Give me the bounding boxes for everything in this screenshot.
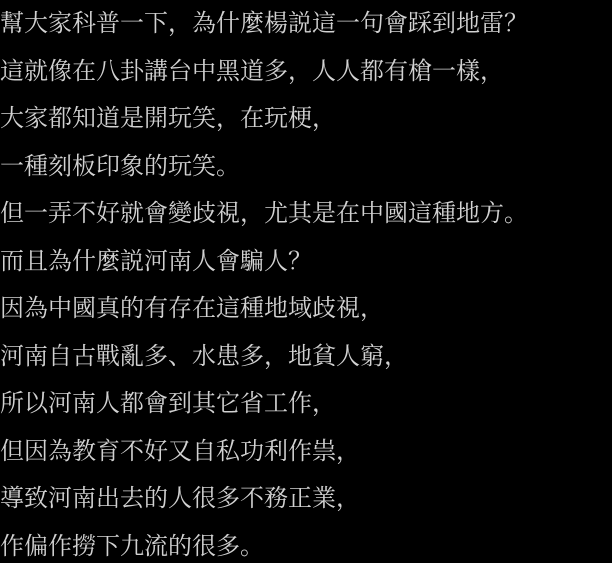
text-line-12: 作偏作撈下九流的很多。 xyxy=(0,524,612,563)
text-line-4: 一種刻板印象的玩笑。 xyxy=(0,144,612,192)
text-line-6: 而且為什麼説河南人會騙人？ xyxy=(0,239,612,287)
text-line-7: 因為中國真的有存在這種地域歧視， xyxy=(0,286,612,334)
text-line-5: 但一弄不好就會變歧視，尤其是在中國這種地方。 xyxy=(0,191,612,239)
text-line-9: 所以河南人都會到其它省工作， xyxy=(0,381,612,429)
text-line-3: 大家都知道是開玩笑，在玩梗， xyxy=(0,96,612,144)
text-line-10: 但因為教育不好又自私功利作祟， xyxy=(0,429,612,477)
text-line-1: 幫大家科普一下，為什麼楊説這一句會踩到地雷？ xyxy=(0,1,612,49)
text-block: 幫大家科普一下，為什麼楊説這一句會踩到地雷？ 這就像在八卦講台中黑道多，人人都有… xyxy=(0,1,612,563)
text-screenshot-page: 幫大家科普一下，為什麼楊説這一句會踩到地雷？ 這就像在八卦講台中黑道多，人人都有… xyxy=(0,0,612,563)
text-line-2: 這就像在八卦講台中黑道多，人人都有槍一樣， xyxy=(0,49,612,97)
text-line-11: 導致河南出去的人很多不務正業， xyxy=(0,476,612,524)
text-line-8: 河南自古戰亂多、水患多，地貧人窮， xyxy=(0,334,612,382)
